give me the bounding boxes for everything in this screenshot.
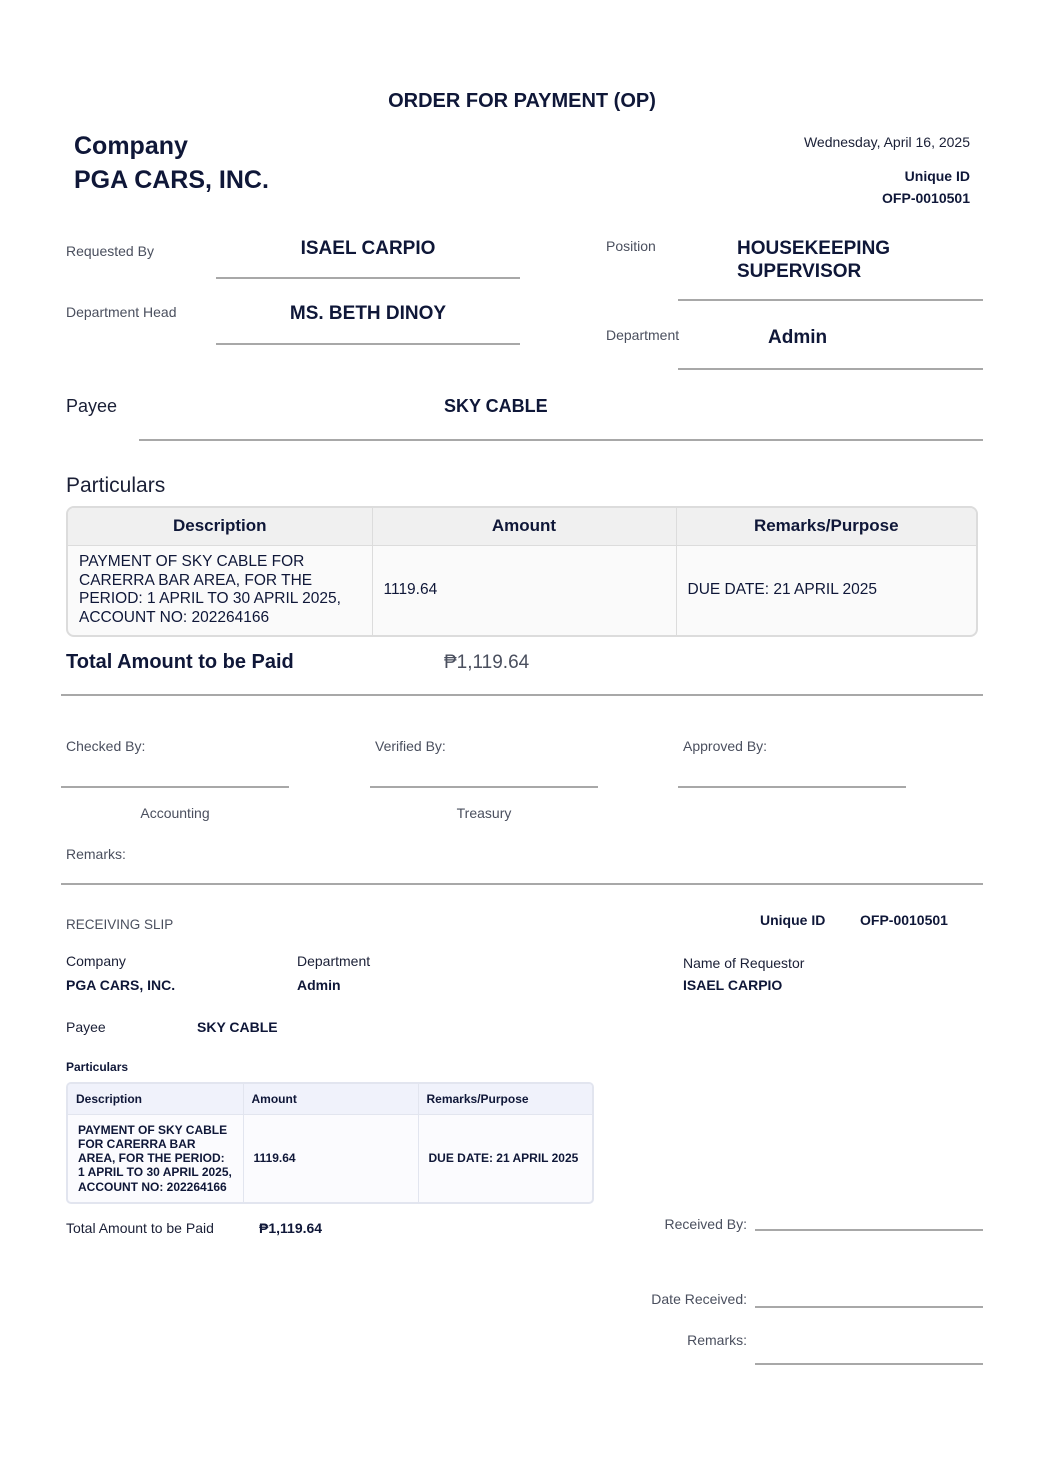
- slip-requestor-value: ISAEL CARPIO: [683, 977, 782, 993]
- slip-remarks-line: [755, 1363, 983, 1365]
- verified-by-label: Verified By:: [375, 738, 446, 754]
- payee-value: SKY CABLE: [444, 396, 548, 417]
- date-received-line: [755, 1306, 983, 1308]
- particulars-title: Particulars: [66, 474, 165, 498]
- verified-by-department: Treasury: [370, 805, 598, 821]
- position-value-line1: HOUSEKEEPING: [737, 238, 890, 260]
- requested-by-line: [216, 277, 520, 279]
- department-label: Department: [606, 327, 679, 343]
- payee-line: [139, 439, 983, 441]
- slip-company-label: Company: [66, 953, 126, 969]
- approved-by-label: Approved By:: [683, 738, 767, 754]
- slip-company-value: PGA CARS, INC.: [66, 977, 175, 993]
- cell-description: PAYMENT OF SKY CABLE FOR CARERRA BAR ARE…: [68, 545, 372, 635]
- total-label: Total Amount to be Paid: [66, 651, 294, 674]
- unique-id-value: OFP-0010501: [882, 190, 970, 206]
- column-header-remarks: Remarks/Purpose: [676, 508, 976, 545]
- slip-cell-remarks: DUE DATE: 21 APRIL 2025: [418, 1114, 592, 1202]
- slip-particulars-title: Particulars: [66, 1060, 128, 1074]
- slip-cell-amount: 1119.64: [243, 1114, 418, 1202]
- cell-amount: 1119.64: [372, 545, 676, 635]
- document-title: ORDER FOR PAYMENT (OP): [0, 90, 1044, 113]
- slip-unique-id-value: OFP-0010501: [860, 912, 948, 928]
- received-by-line: [755, 1229, 983, 1231]
- department-head-value: MS. BETH DINOY: [216, 303, 520, 325]
- approved-by-signature-line: [678, 786, 906, 788]
- column-header-amount: Amount: [372, 508, 676, 545]
- received-by-label: Received By:: [665, 1216, 747, 1232]
- payee-label: Payee: [66, 396, 117, 417]
- total-divider: [61, 694, 983, 696]
- receiving-slip-title: RECEIVING SLIP: [66, 917, 173, 932]
- slip-total-label: Total Amount to be Paid: [66, 1220, 214, 1236]
- department-head-label: Department Head: [66, 304, 177, 320]
- slip-department-label: Department: [297, 953, 370, 969]
- document-date: Wednesday, April 16, 2025: [804, 134, 970, 150]
- slip-payee-value: SKY CABLE: [197, 1019, 278, 1035]
- slip-column-header-description: Description: [68, 1084, 243, 1114]
- slip-total-value: ₱1,119.64: [259, 1220, 322, 1236]
- position-value-line2: SUPERVISOR: [737, 261, 861, 283]
- column-header-description: Description: [68, 508, 372, 545]
- department-value: Admin: [768, 327, 827, 349]
- company-label: Company: [74, 132, 188, 161]
- unique-id-label: Unique ID: [905, 168, 970, 184]
- checked-by-department: Accounting: [61, 805, 289, 821]
- slip-column-header-remarks: Remarks/Purpose: [418, 1084, 592, 1114]
- requested-by-label: Requested By: [66, 243, 154, 259]
- date-received-label: Date Received:: [651, 1291, 747, 1307]
- remarks-line: [61, 883, 983, 885]
- position-label: Position: [606, 238, 656, 254]
- slip-cell-description: PAYMENT OF SKY CABLE FOR CARERRA BAR ARE…: [68, 1114, 243, 1202]
- table-row: PAYMENT OF SKY CABLE FOR CARERRA BAR ARE…: [68, 1114, 592, 1202]
- verified-by-signature-line: [370, 786, 598, 788]
- remarks-label: Remarks:: [66, 846, 126, 862]
- checked-by-label: Checked By:: [66, 738, 145, 754]
- slip-department-value: Admin: [297, 977, 341, 993]
- table-row: PAYMENT OF SKY CABLE FOR CARERRA BAR ARE…: [68, 545, 976, 635]
- slip-requestor-label: Name of Requestor: [683, 955, 804, 971]
- department-head-line: [216, 343, 520, 345]
- position-line: [678, 299, 983, 301]
- particulars-table: Description Amount Remarks/Purpose PAYME…: [66, 506, 978, 637]
- checked-by-signature-line: [61, 786, 289, 788]
- slip-unique-id-label: Unique ID: [760, 912, 825, 928]
- requested-by-value: ISAEL CARPIO: [216, 238, 520, 260]
- total-value: ₱1,119.64: [444, 652, 529, 674]
- cell-remarks: DUE DATE: 21 APRIL 2025: [676, 545, 976, 635]
- slip-particulars-table: Description Amount Remarks/Purpose PAYME…: [66, 1082, 594, 1204]
- slip-remarks-label: Remarks:: [687, 1332, 747, 1348]
- slip-payee-label: Payee: [66, 1019, 106, 1035]
- department-line: [678, 368, 983, 370]
- company-name: PGA CARS, INC.: [74, 166, 269, 195]
- slip-column-header-amount: Amount: [243, 1084, 418, 1114]
